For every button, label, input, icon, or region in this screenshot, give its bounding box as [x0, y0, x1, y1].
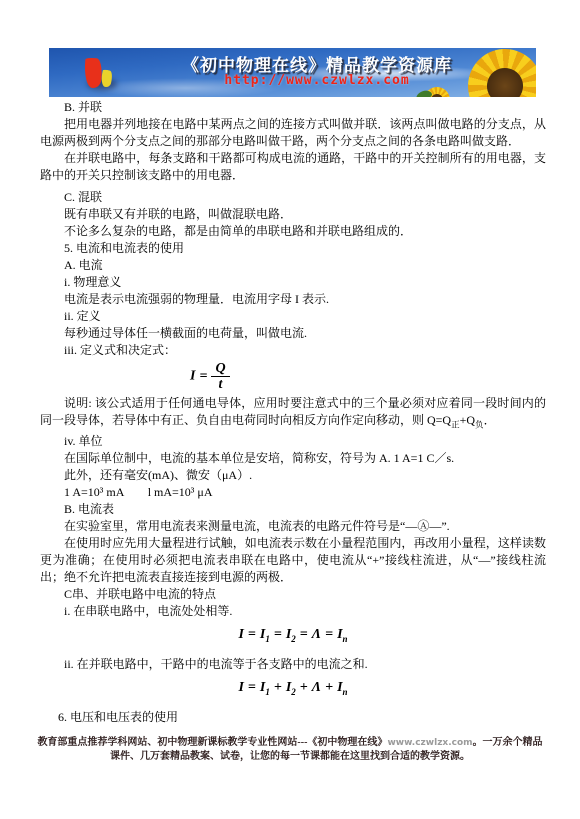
body-paragraph: 在国际单位制中，电流的基本单位是安培，简称安，符号为 A. 1 A=1 C／s.: [40, 450, 546, 467]
equals-sign: =: [244, 680, 260, 695]
footer-promo: 教育部重点推荐学科网站、初中物理新课标教学专业性网站---《初中物理在线》www…: [0, 736, 580, 764]
section-heading: i. 物理意义: [40, 274, 546, 291]
ellipsis-symbol: Λ: [312, 680, 321, 695]
ellipsis-symbol: Λ: [312, 627, 321, 642]
fraction-numerator: Q: [211, 361, 229, 377]
equals-sign: =: [296, 627, 312, 642]
plus-sign: +: [321, 680, 337, 695]
section-heading: A. 电流: [40, 257, 546, 274]
body-paragraph: 不论多么复杂的电路，都是由简单的串联电路和并联电路组成的．: [40, 223, 546, 240]
section-heading: i. 在串联电路中，电流处处相等.: [40, 603, 546, 620]
section-heading: 6. 电压和电压表的使用: [40, 709, 546, 726]
equals-sign: =: [321, 627, 337, 642]
section-heading: B. 并联: [40, 99, 546, 116]
subscript: n: [343, 687, 348, 697]
plus-sign: +: [296, 680, 312, 695]
section-heading: ii. 在并联电路中，干路中的电流等于各支路中的电流之和.: [40, 656, 546, 673]
site-banner: 《初中物理在线》精品教学资源库 http://www.czwlzx.com: [49, 48, 536, 97]
body-paragraph: 在并联电路中，每条支路和干路都可构成电流的通路，干路中的开关控制所有的用电器，支…: [40, 150, 546, 184]
footer-line2: 课件、几万套精品教案、试卷，让您的每一节课都能在这里找到合适的教学资源。: [0, 750, 580, 764]
banner-url: http://www.czwlzx.com: [157, 73, 477, 88]
equals-sign: =: [270, 627, 286, 642]
subscript-negative: 负: [475, 419, 484, 429]
section-heading: C串、并联电路中电流的特点: [40, 586, 546, 603]
formula-current-definition: I=Qt: [190, 361, 546, 392]
subscript-positive: 正: [451, 419, 460, 429]
section-heading: iii. 定义式和决定式：: [40, 342, 546, 359]
section-heading: C. 混联: [40, 189, 546, 206]
site-logo-flame-icon: [79, 56, 129, 94]
body-paragraph: 每秒通过导体任一横截面的电荷量，叫做电流.: [40, 325, 546, 342]
body-paragraph: 在使用时应先用大量程进行试触，如电流表示数在小量程范围内，再改用小量程，这样读数…: [40, 535, 546, 586]
equals-sign: =: [244, 627, 260, 642]
fraction: Qt: [211, 361, 229, 392]
section-heading: 5. 电流和电流表的使用: [40, 240, 546, 257]
body-paragraph: 把用电器并列地接在电路中某两点之间的连接方式叫做并联．该两点叫做电路的分支点，从…: [40, 116, 546, 150]
note-paragraph: 说明: 该公式适用于任何通电导体，应用时要注意式中的三个量必须对应着同一段时间内…: [40, 395, 546, 433]
formula-series-current: I=I1=I2=Λ=In: [40, 626, 546, 648]
section-heading: B. 电流表: [40, 501, 546, 518]
formula-parallel-current: I=I1+I2+Λ+In: [40, 679, 546, 701]
footer-line1: 教育部重点推荐学科网站、初中物理新课标教学专业性网站---《初中物理在线》www…: [0, 736, 580, 750]
body-paragraph: 电流是表示电流强弱的物理量．电流用字母 I 表示.: [40, 291, 546, 308]
section-heading: ii. 定义: [40, 308, 546, 325]
footer-text: 教育部重点推荐学科网站、初中物理新课标教学专业性网站---《初中物理在线》: [37, 737, 387, 748]
subscript: n: [343, 634, 348, 644]
body-paragraph: 1 A=10³ mA l mA=10³ μA: [40, 484, 546, 501]
fraction-denominator: t: [211, 377, 229, 392]
plus-sign: +: [270, 680, 286, 695]
note-text: +Q: [460, 413, 475, 427]
footer-url: www.czwlzx.com: [387, 738, 472, 748]
footer-text: 。一万余个精品: [473, 737, 543, 748]
body-paragraph: 在实验室里，常用电流表来测量电流，电流表的电路元件符号是“—Ⓐ—”.: [40, 518, 546, 535]
body-paragraph: 此外，还有毫安(mA)、微安（μA）.: [40, 467, 546, 484]
equals-sign: =: [195, 369, 211, 384]
body-paragraph: 既有串联又有并联的电路，叫做混联电路．: [40, 206, 546, 223]
note-text: ．: [484, 413, 496, 427]
document-body: B. 并联 把用电器并列地接在电路中某两点之间的连接方式叫做并联．该两点叫做电路…: [40, 99, 546, 726]
section-heading: iv. 单位: [40, 433, 546, 450]
